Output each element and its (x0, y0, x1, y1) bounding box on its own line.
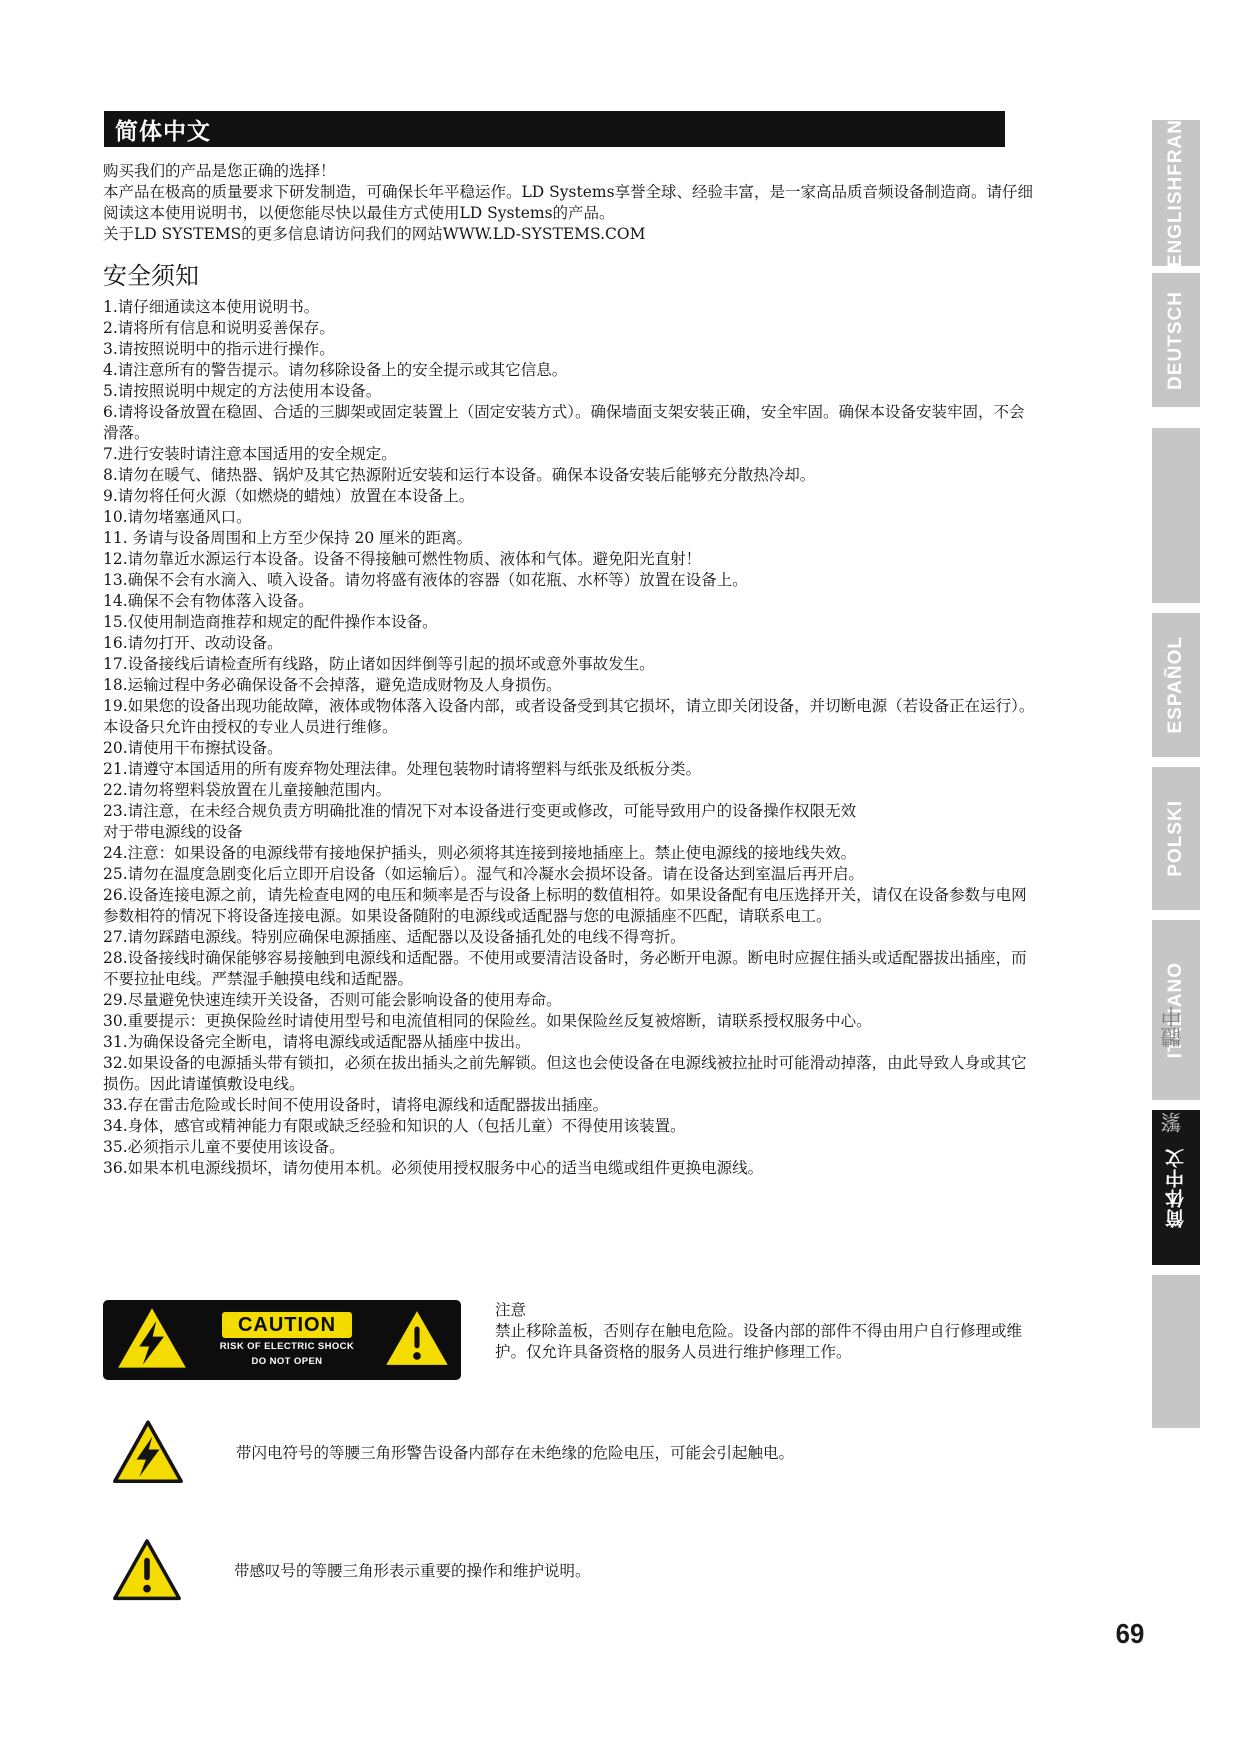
intro-line: 购买我们的产品是您正确的选择！ (103, 161, 1038, 182)
safety-item: 9.请勿将任何火源（如燃烧的蜡烛）放置在本设备上。 (103, 486, 1038, 507)
safety-item: 17.设备接线后请检查所有线路，防止诸如因绊倒等引起的损坏或意外事故发生。 (103, 654, 1038, 675)
lightning-warning-row: 带闪电符号的等腰三角形警告设备内部存在未绝缘的危险电压，可能会引起触电。 (112, 1403, 976, 1503)
safety-heading: 安全须知 (103, 262, 1038, 290)
tab-label: 简体中文 (1163, 1148, 1190, 1228)
tab-label: ESPAÑOL (1165, 636, 1187, 733)
language-tab-english-francais[interactable]: ENGLISHFRAN (1152, 120, 1200, 266)
caution-title: CAUTION (222, 1312, 352, 1338)
safety-item: 34.身体，感官或精神能力有限或缺乏经验和知识的人（包括儿童）不得使用该装置。 (103, 1116, 1038, 1137)
tab-label: ENGLISHFRAN (1165, 119, 1187, 267)
caution-section: CAUTION RISK OF ELECTRIC SHOCK DO NOT OP… (103, 1300, 1025, 1380)
language-tab-blank-2[interactable] (1152, 1275, 1200, 1428)
section-header-bar: 简体中文 (104, 111, 1005, 147)
exclamation-warning-triangle-icon (112, 1523, 182, 1619)
safety-item: 24.注意：如果设备的电源线带有接地保护插头，则必须将其连接到接地插座上。禁止使… (103, 843, 1038, 864)
language-tab-sidebar: ENGLISHFRANDEUTSCHESPAÑOLPOLSKIITALIANO體… (1152, 0, 1200, 1754)
safety-item: 5.请按照说明中规定的方法使用本设备。 (103, 381, 1038, 402)
exclamation-triangle-icon (385, 1307, 449, 1373)
caution-line2: DO NOT OPEN (252, 1355, 323, 1368)
exclamation-warning-row: 带感叹号的等腰三角形表示重要的操作和维护说明。 (112, 1523, 974, 1619)
safety-item: 16.请勿打开、改动设备。 (103, 633, 1038, 654)
language-tab-chinese-simplified[interactable]: 简体中文繁 (1152, 1110, 1200, 1265)
main-text-column: 购买我们的产品是您正确的选择！ 本产品在极高的质量要求下研发制造，可确保长年平稳… (103, 161, 1038, 1179)
tab-label: POLSKI (1165, 800, 1187, 877)
exclamation-warning-text: 带感叹号的等腰三角形表示重要的操作和维护说明。 (234, 1561, 974, 1582)
safety-item: 14.确保不会有物体落入设备。 (103, 591, 1038, 612)
safety-item: 13.确保不会有水滴入、喷入设备。请勿将盛有液体的容器（如花瓶、水杯等）放置在设… (103, 570, 1038, 591)
language-tab-italiano[interactable]: ITALIANO體中 (1152, 920, 1200, 1100)
safety-item: 21.请遵守本国适用的所有废弃物处理法律。处理包装物时请将塑料与纸张及纸板分类。 (103, 759, 1038, 780)
safety-item: 3.请按照说明中的指示进行操作。 (103, 339, 1038, 360)
safety-item: 19.如果您的设备出现功能故障，液体或物体落入设备内部，或者设备受到其它损坏，请… (103, 696, 1038, 738)
safety-item: 36.如果本机电源线损坏，请勿使用本机。必须使用授权服务中心的适当电缆或组件更换… (103, 1158, 1038, 1179)
electric-shock-triangle-icon (115, 1307, 189, 1373)
language-tab-deutsch[interactable]: DEUTSCH (1152, 273, 1200, 407)
language-tab-espanol[interactable]: ESPAÑOL (1152, 613, 1200, 757)
caution-note-text: 禁止移除盖板，否则存在触电危险。设备内部的部件不得由用户自行修理或维护。仅允许具… (495, 1321, 1025, 1363)
safety-item: 18.运输过程中务必确保设备不会掉落，避免造成财物及人身损伤。 (103, 675, 1038, 696)
safety-item: 30.重要提示：更换保险丝时请使用型号和电流值相同的保险丝。如果保险丝反复被熔断… (103, 1011, 1038, 1032)
safety-item: 2.请将所有信息和说明妥善保存。 (103, 318, 1038, 339)
safety-list-part1: 1.请仔细通读这本使用说明书。2.请将所有信息和说明妥善保存。3.请按照说明中的… (103, 297, 1038, 822)
caution-line1: RISK OF ELECTRIC SHOCK (220, 1340, 354, 1353)
caution-note: 注意 禁止移除盖板，否则存在触电危险。设备内部的部件不得由用户自行修理或维护。仅… (495, 1300, 1025, 1380)
safety-item: 35.必须指示儿童不要使用该设备。 (103, 1137, 1038, 1158)
intro-paragraph: 本产品在极高的质量要求下研发制造，可确保长年平稳运作。LD Systems享誉全… (103, 182, 1038, 224)
safety-item: 27.请勿踩踏电源线。特别应确保电源插座、适配器以及设备插孔处的电线不得弯折。 (103, 927, 1038, 948)
tab-label: ITALIANO (1165, 962, 1187, 1058)
manual-page: 简体中文 购买我们的产品是您正确的选择！ 本产品在极高的质量要求下研发制造，可确… (0, 0, 1241, 1754)
caution-sticker-text: CAUTION RISK OF ELECTRIC SHOCK DO NOT OP… (220, 1312, 354, 1368)
page-title: 简体中文 (104, 113, 211, 146)
safety-item: 26.设备连接电源之前，请先检查电网的电压和频率是否与设备上标明的数值相符。如果… (103, 885, 1038, 927)
intro-website-line: 关于LD SYSTEMS的更多信息请访问我们的网站WWW.LD-SYSTEMS.… (103, 224, 1038, 245)
safety-item: 20.请使用干布擦拭设备。 (103, 738, 1038, 759)
safety-item: 7.进行安装时请注意本国适用的安全规定。 (103, 444, 1038, 465)
safety-item: 32.如果设备的电源插头带有锁扣，必须在拔出插头之前先解锁。但这也会使设备在电源… (103, 1053, 1038, 1095)
safety-item: 15.仅使用制造商推荐和规定的配件操作本设备。 (103, 612, 1038, 633)
language-tab-blank-1[interactable] (1152, 428, 1200, 603)
safety-item: 8.请勿在暖气、储热器、锅炉及其它热源附近安装和运行本设备。确保本设备安装后能够… (103, 465, 1038, 486)
safety-subheading: 对于带电源线的设备 (103, 822, 1038, 843)
safety-item: 11. 务请与设备周围和上方至少保持 20 厘米的距离。 (103, 528, 1038, 549)
tab-label: DEUTSCH (1165, 291, 1187, 390)
caution-note-title: 注意 (495, 1300, 1025, 1321)
safety-item: 28.设备接线时确保能够容易接触到电源线和适配器。不使用或要清洁设备时，务必断开… (103, 948, 1038, 990)
language-tab-polski[interactable]: POLSKI (1152, 767, 1200, 910)
safety-item: 10.请勿堵塞通风口。 (103, 507, 1038, 528)
safety-list-part2: 24.注意：如果设备的电源线带有接地保护插头，则必须将其连接到接地插座上。禁止使… (103, 843, 1038, 1179)
safety-item: 33.存在雷击危险或长时间不使用设备时，请将电源线和适配器拔出插座。 (103, 1095, 1038, 1116)
tab-ghost-text: 繁 (1162, 1112, 1183, 1133)
safety-item: 25.请勿在温度急剧变化后立即开启设备（如运输后）。湿气和冷凝水会损坏设备。请在… (103, 864, 1038, 885)
safety-item: 23.请注意，在未经合规负责方明确批准的情况下对本设备进行变更或修改，可能导致用… (103, 801, 1038, 822)
safety-item: 6.请将设备放置在稳固、合适的三脚架或固定装置上（固定安装方式）。确保墙面支架安… (103, 402, 1038, 444)
safety-item: 29.尽量避免快速连续开关设备，否则可能会影响设备的使用寿命。 (103, 990, 1038, 1011)
safety-item: 1.请仔细通读这本使用说明书。 (103, 297, 1038, 318)
safety-item: 12.请勿靠近水源运行本设备。设备不得接触可燃性物质、液体和气体。避免阳光直射！ (103, 549, 1038, 570)
safety-item: 22.请勿将塑料袋放置在儿童接触范围内。 (103, 780, 1038, 801)
lightning-warning-triangle-icon (112, 1403, 184, 1503)
safety-item: 31.为确保设备完全断电，请将电源线或适配器从插座中拔出。 (103, 1032, 1038, 1053)
caution-sticker: CAUTION RISK OF ELECTRIC SHOCK DO NOT OP… (103, 1300, 461, 1380)
safety-item: 4.请注意所有的警告提示。请勿移除设备上的安全提示或其它信息。 (103, 360, 1038, 381)
lightning-warning-text: 带闪电符号的等腰三角形警告设备内部存在未绝缘的危险电压，可能会引起触电。 (236, 1443, 976, 1464)
